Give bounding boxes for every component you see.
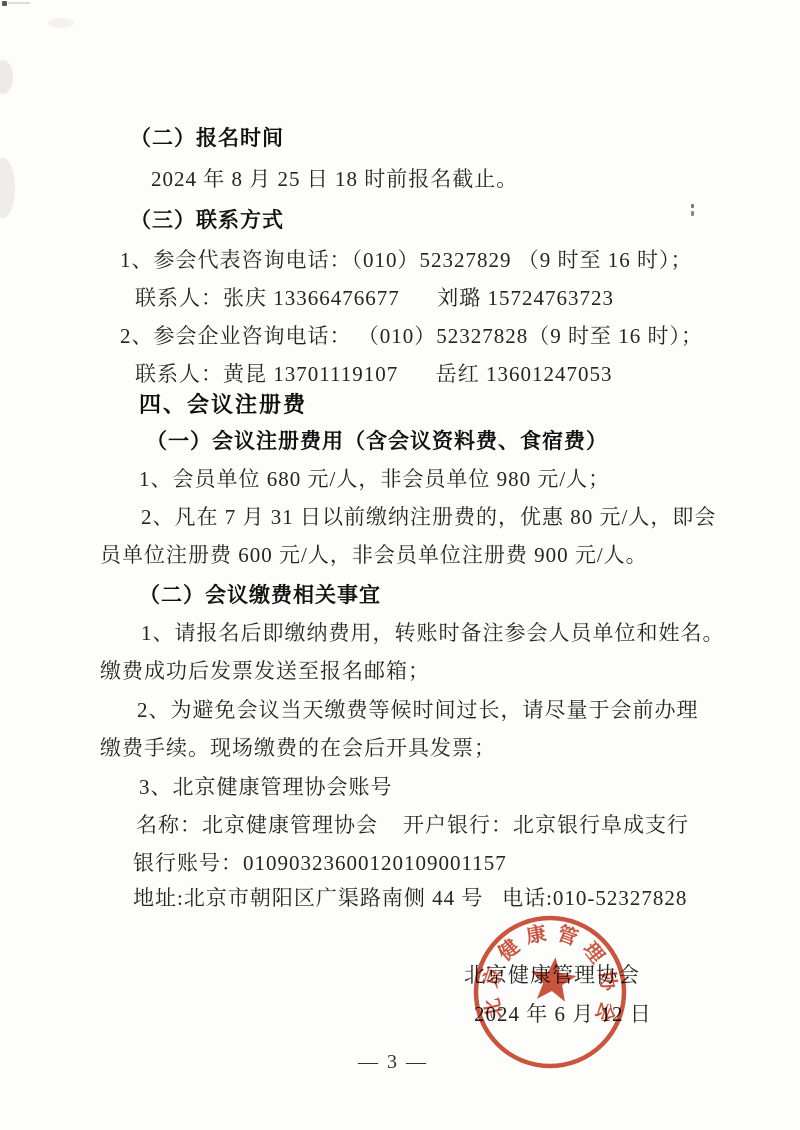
heading-payment-matters: （二）会议缴费相关事宜 (139, 583, 381, 608)
page-number: — 3 — (358, 1050, 428, 1074)
payment-item2-line2: 缴费手续。现场缴费的在会后开具发票； (100, 736, 496, 761)
scan-speck (2, 1, 7, 6)
registration-deadline-text: 2024 年 8 月 25 日 18 时前报名截止。 (151, 167, 518, 192)
delegate-contacts-line: 联系人：张庆 13366476677 刘璐 15724763723 (135, 286, 614, 311)
fee-item2-line2: 员单位注册费 600 元/人，非会员单位注册费 900 元/人。 (100, 543, 648, 568)
heading-registration-fee: 四、会议注册费 (139, 392, 307, 418)
scan-speck (691, 204, 694, 208)
fee-item2-line1: 2、凡在 7 月 31 日以前缴纳注册费的，优惠 80 元/人，即会 (141, 505, 716, 530)
payment-item2-line1: 2、为避免会议当天缴费等候时间过长，请尽量于会前办理 (137, 698, 699, 723)
scan-smudge (0, 60, 13, 94)
payment-item1-line2: 缴费成功后发票发送至报名邮箱； (100, 659, 430, 684)
scan-streak (8, 2, 30, 4)
delegate-phone-line: 1、参会代表咨询电话：（010）52327829 （9 时至 16 时）； (120, 248, 693, 273)
enterprise-contacts-line: 联系人：黄昆 13701119107 岳红 13601247053 (135, 362, 612, 387)
heading-contact-info: （三）联系方式 (130, 208, 284, 233)
payment-item3-line: 3、北京健康管理协会账号 (139, 775, 393, 800)
enterprise-phone-line: 2、参会企业咨询电话： （010）52327828（9 时至 16 时）； (120, 324, 703, 349)
scan-smudge (48, 18, 74, 28)
heading-fee-details: （一）会议注册费用（含会议资料费、食宿费） (146, 429, 608, 454)
official-seal: 北京健康管理协会 (465, 907, 635, 1077)
scan-smudge (0, 158, 15, 218)
scan-speck (691, 211, 694, 216)
bank-account-name-line: 名称：北京健康管理协会 开户银行：北京银行阜成支行 (136, 813, 689, 838)
fee-item1-line: 1、会员单位 680 元/人，非会员单位 980 元/人； (139, 467, 610, 492)
document-page: （二）报名时间 2024 年 8 月 25 日 18 时前报名截止。 （三）联系… (0, 0, 800, 1130)
payment-item1-line1: 1、请报名后即缴纳费用，转账时备注参会人员单位和姓名。 (141, 621, 725, 646)
seal-star-icon (528, 955, 578, 1003)
heading-registration-time: （二）报名时间 (130, 126, 284, 151)
bank-account-number-line: 银行账号：01090323600120109001157 (133, 851, 507, 876)
